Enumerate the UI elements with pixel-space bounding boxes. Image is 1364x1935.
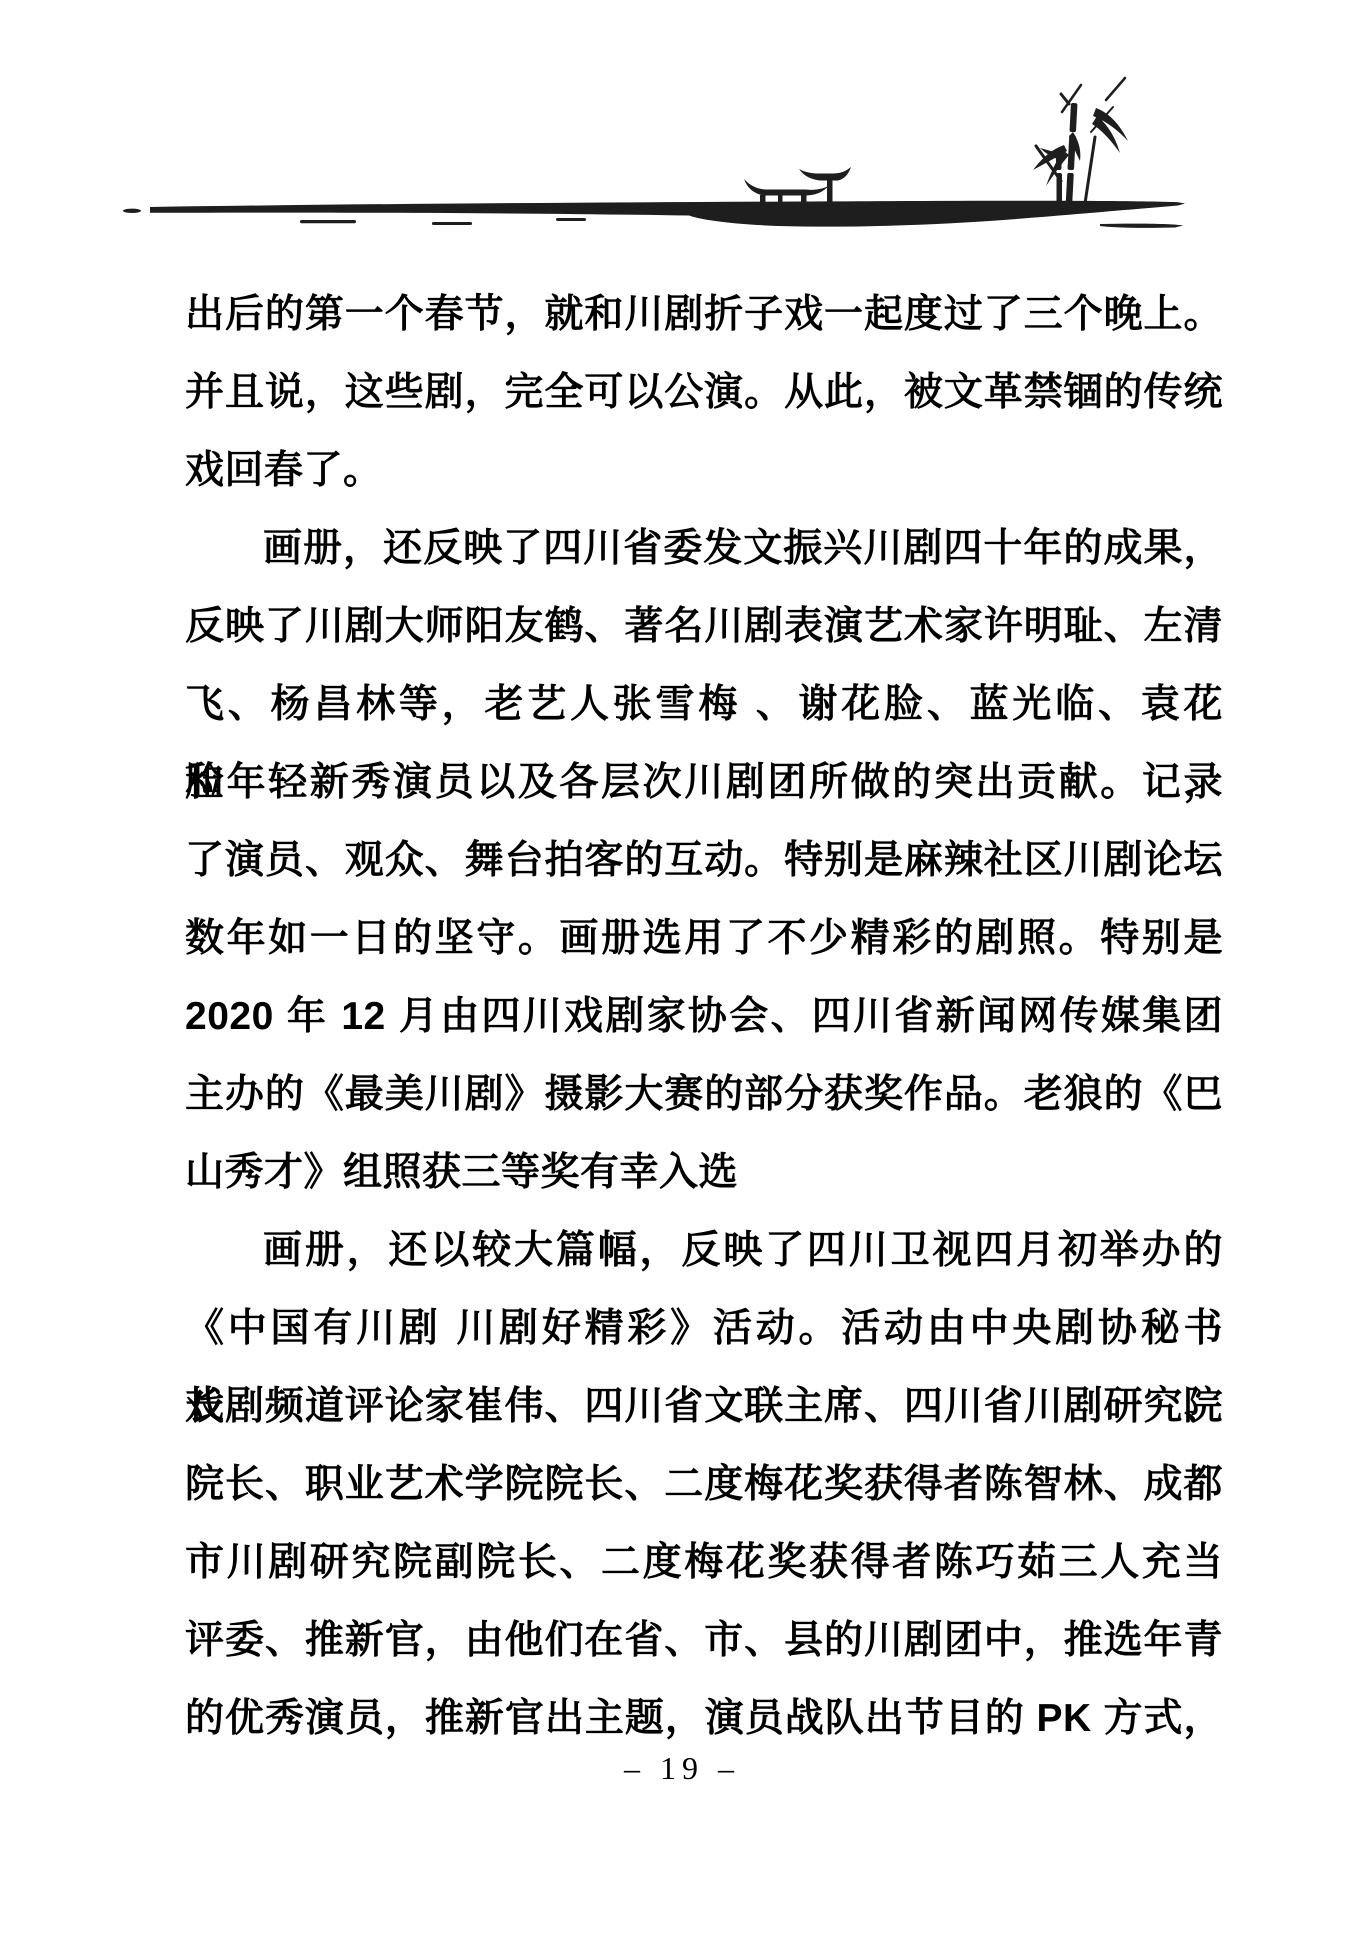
book-page: 出后的第一个春节，就和川剧折子戏一起度过了三个晚上。并且说，这些剧，完全可以公演… xyxy=(0,0,1364,1935)
text-line: 戏回春了。 xyxy=(185,432,1223,510)
text-line: 和年轻新秀演员以及各层次川剧团所做的突出贡献。记录 xyxy=(185,744,1223,822)
header-illustration xyxy=(0,0,1364,240)
brush-stroke-line xyxy=(123,201,1185,228)
text-line: 出后的第一个春节，就和川剧折子戏一起度过了三个晚上。 xyxy=(185,276,1223,354)
text-line: 戏剧频道评论家崔伟、四川省文联主席、四川省川剧研究院 xyxy=(185,1368,1223,1446)
page-number: – 19 – xyxy=(0,1750,1364,1787)
text-line: 评委、推新官，由他们在省、市、县的川剧团中，推选年青 xyxy=(185,1602,1223,1680)
text-line: 的优秀演员，推新官出主题，演员战队出节目的 PK 方式， xyxy=(185,1680,1223,1758)
text-line: 画册，还反映了四川省委发文振兴川剧四十年的成果， xyxy=(185,510,1223,588)
body-text: 出后的第一个春节，就和川剧折子戏一起度过了三个晚上。并且说，这些剧，完全可以公演… xyxy=(185,276,1223,1758)
text-line: 数年如一日的坚守。画册选用了不少精彩的剧照。特别是 xyxy=(185,900,1223,978)
text-line: 画册，还以较大篇幅，反映了四川卫视四月初举办的 xyxy=(185,1212,1223,1290)
text-line: 山秀才》组照获三等奖有幸入选 xyxy=(185,1134,1223,1212)
bamboo-icon xyxy=(1033,78,1128,210)
text-line: 并且说，这些剧，完全可以公演。从此，被文革禁锢的传统 xyxy=(185,354,1223,432)
text-line: 《中国有川剧 川剧好精彩》活动。活动由中央剧协秘书长、 xyxy=(185,1290,1223,1368)
text-line: 2020 年 12 月由四川戏剧家协会、四川省新闻网传媒集团 xyxy=(185,978,1223,1056)
text-line: 了演员、观众、舞台拍客的互动。特别是麻辣社区川剧论坛 xyxy=(185,822,1223,900)
text-line: 市川剧研究院副院长、二度梅花奖获得者陈巧茹三人充当 xyxy=(185,1524,1223,1602)
text-line: 反映了川剧大师阳友鹤、著名川剧表演艺术家许明耻、左清 xyxy=(185,588,1223,666)
text-line: 主办的《最美川剧》摄影大赛的部分获奖作品。老狼的《巴 xyxy=(185,1056,1223,1134)
text-line: 院长、职业艺术学院院长、二度梅花奖获得者陈智林、成都 xyxy=(185,1446,1223,1524)
text-line: 飞、杨昌林等，老艺人张雪梅 、谢花脸、蓝光临、袁花脸， xyxy=(185,666,1223,744)
